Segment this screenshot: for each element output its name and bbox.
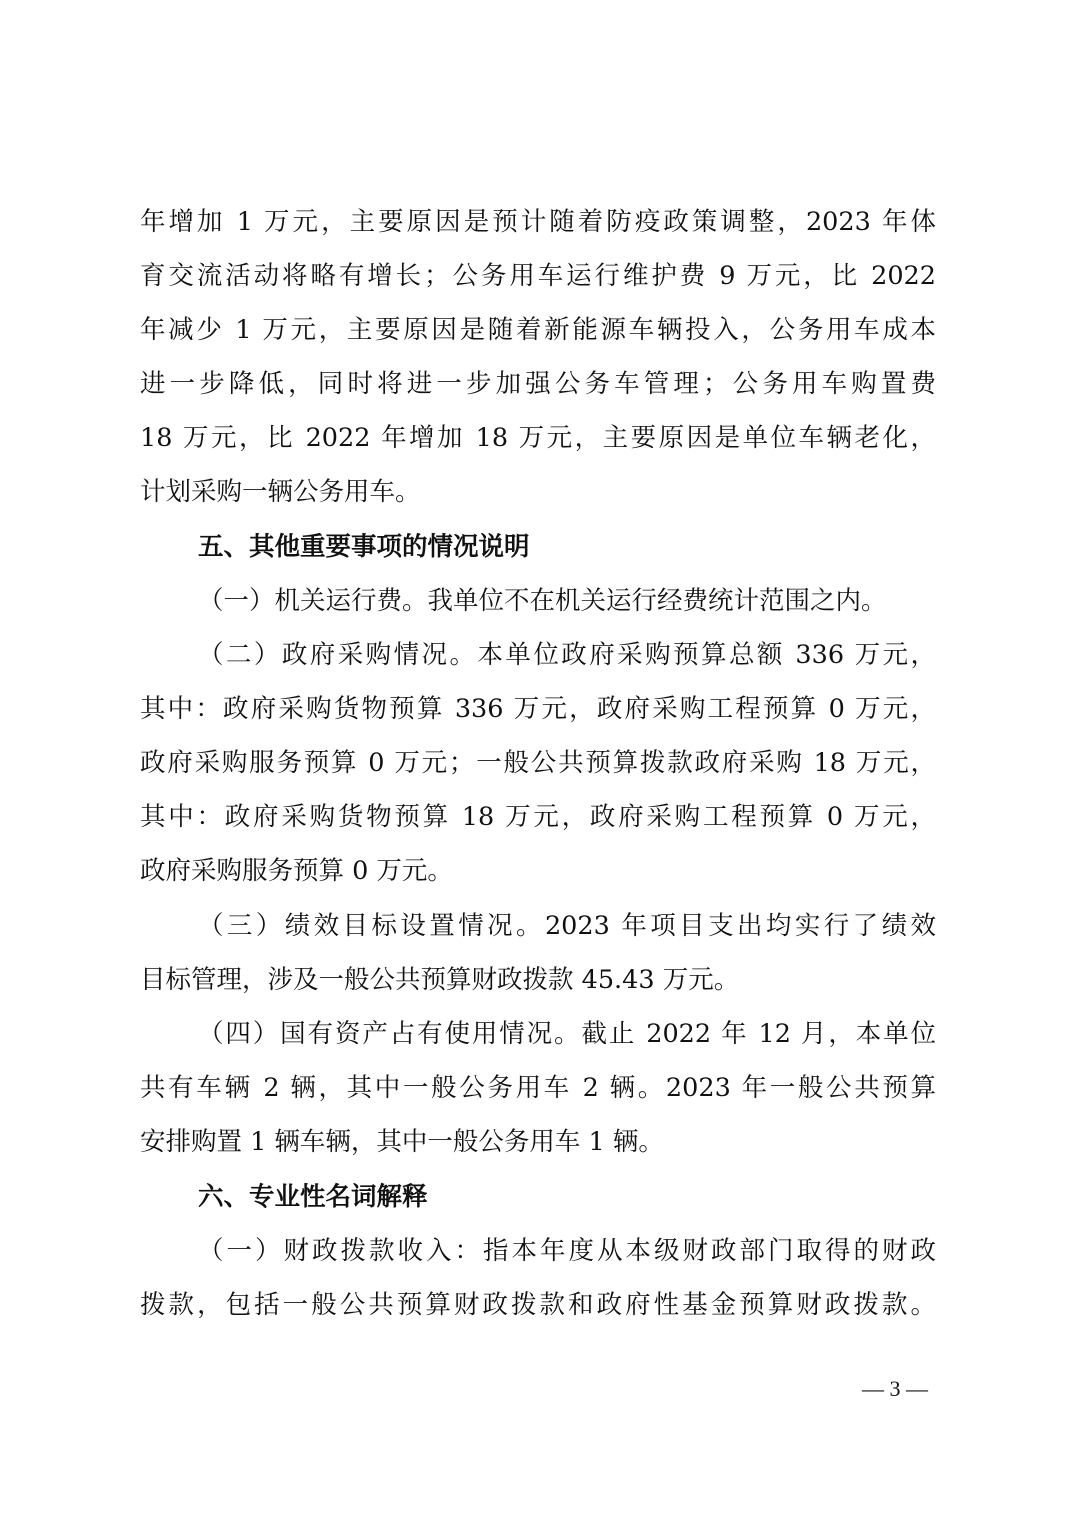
item-government-procurement: （二）政府采购情况。本单位政府采购预算总额 336 万元，	[198, 635, 936, 675]
item-operating-costs: （一）机关运行费。我单位不在机关运行经费统计范围之内。	[198, 581, 936, 621]
paragraph-line: 年增加 1 万元，主要原因是预计随着防疫政策调整，2023 年体	[140, 202, 936, 242]
page-number: — 3 —	[862, 1374, 928, 1404]
paragraph-line: 共有车辆 2 辆，其中一般公务用车 2 辆。2023 年一般公共预算	[140, 1068, 936, 1108]
paragraph-line: 进一步降低，同时将进一步加强公务车管理；公务用车购置费	[140, 364, 936, 404]
paragraph-line: 计划采购一辆公务用车。	[140, 472, 936, 512]
paragraph-line: 其中：政府采购货物预算 18 万元，政府采购工程预算 0 万元，	[140, 797, 936, 837]
paragraph-line: 政府采购服务预算 0 万元。	[140, 851, 936, 891]
paragraph-line: 目标管理，涉及一般公共预算财政拨款 45.43 万元。	[140, 960, 936, 1000]
paragraph-line: 育交流活动将略有增长；公务用车运行维护费 9 万元，比 2022	[140, 256, 936, 296]
paragraph-line: 拨款，包括一般公共预算财政拨款和政府性基金预算财政拨款。	[140, 1285, 936, 1325]
paragraph-line: 18 万元，比 2022 年增加 18 万元，主要原因是单位车辆老化，	[140, 418, 936, 458]
section-heading-terminology: 六、专业性名词解释	[198, 1177, 428, 1217]
section-heading-other-matters: 五、其他重要事项的情况说明	[198, 527, 530, 567]
paragraph-line: 年减少 1 万元，主要原因是随着新能源车辆投入，公务用车成本	[140, 310, 936, 350]
item-performance-targets: （三）绩效目标设置情况。2023 年项目支出均实行了绩效	[198, 906, 936, 946]
paragraph-line: 安排购置 1 辆车辆，其中一般公务用车 1 辆。	[140, 1122, 936, 1162]
paragraph-line: 政府采购服务预算 0 万元；一般公共预算拨款政府采购 18 万元，	[140, 743, 936, 783]
paragraph-line: 其中：政府采购货物预算 336 万元，政府采购工程预算 0 万元，	[140, 689, 936, 729]
document-page: 年增加 1 万元，主要原因是预计随着防疫政策调整，2023 年体 育交流活动将略…	[0, 0, 1074, 1520]
item-fiscal-appropriation-income: （一）财政拨款收入：指本年度从本级财政部门取得的财政	[198, 1231, 936, 1271]
item-state-assets: （四）国有资产占有使用情况。截止 2022 年 12 月，本单位	[198, 1014, 936, 1054]
